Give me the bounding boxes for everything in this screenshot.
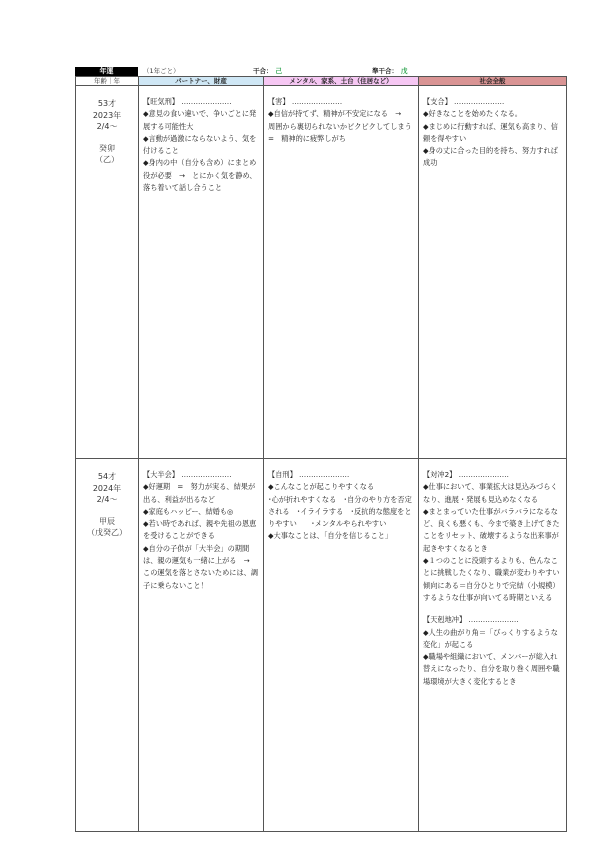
bullet-line: ◆好運期 = 努力が実る、結果が出る、利益が出るなど: [143, 481, 260, 506]
kango-value: 己: [276, 67, 283, 75]
bullet-line: ◆人生の曲がり角＝「びっくりするような変化」が起こる: [423, 627, 563, 652]
column-header-age: 年齢｜年: [76, 77, 139, 86]
bullet-line: ◆好きなことを始めたくなる。: [423, 108, 563, 120]
year: 2024年: [76, 483, 138, 495]
kanshi: 甲辰: [76, 516, 138, 528]
header-bar: 年運 （1年ごと） 干合：己 準干合：戊: [75, 67, 566, 76]
column-header-social: 社会全般: [419, 77, 567, 86]
bullet-line: ◆身内の中（自分も含め）にまとめ役が必要 → とにかく気を静め、落ち着いて話し合…: [143, 157, 260, 194]
year: 2023年: [76, 110, 138, 122]
section-heading: 【支合】 …………………: [423, 96, 563, 108]
jun-kango-label: 準干合：: [372, 67, 398, 75]
social-cell: 【対冲2】 ………………… ◆仕事において、事業拡大は見込みづらくなり、進展・発…: [419, 459, 567, 832]
bullet-line: ◆家庭もハッピー、結婚も◎: [143, 506, 260, 518]
bullet-line: ◆１つのことに没頭するよりも、色んなことに挑戦したくなり、職業が変わりやすい傾向…: [423, 555, 563, 604]
bullet-line: ◆意見の食い違いで、争いごとに発展する可能性大: [143, 108, 260, 133]
bullet-line: ◆仕事において、事業拡大は見込みづらくなり、進展・発展も見込めなくなる: [423, 481, 563, 506]
bullet-line: ◆職場や組織において、メンバーが総入れ替えになったり、自分を取り巻く周囲や職場環…: [423, 651, 563, 688]
bullet-line: ◆自分の子供が「大半会」の期間は、親の運気も一緒に上がる → この運気を落とさな…: [143, 543, 260, 592]
table-row: 54才 2024年 2/4～ 甲辰 （戊癸乙） 【大半会】 ………………… ◆好…: [76, 459, 567, 832]
period-note: （1年ごと）: [143, 67, 180, 76]
start-date: 2/4～: [76, 494, 138, 506]
section-heading: 【対冲2】 …………………: [423, 469, 563, 481]
bullet-line: ◆大事なことは、「自分を信じること」: [268, 530, 415, 542]
bullet-line: ･心が折れやすくなる ･自分のやり方を否定される ･イライラする ･反抗的な態度…: [268, 494, 415, 531]
bullet-line: ◆言動が過激にならないよう、気を付けること: [143, 133, 260, 158]
bullet-line: ◆まとまっていた仕事がバラバラになるなど、良くも悪くも、今まで築き上げてきたこと…: [423, 506, 563, 555]
bullet-line: ◆自信が持てず、精神が不安定になる → 周囲から裏切られないかビクビクしてしまう…: [268, 108, 415, 145]
mental-cell: 【自刑】 ………………… ◆こんなことが起こりやすくなる ･心が折れやすくなる …: [264, 459, 419, 832]
age-cell: 53才 2023年 2/4～ 癸卯 （乙）: [76, 86, 139, 459]
bullet-line: ◆若い時であれば、親や先祖の恩恵を受けることができる: [143, 518, 260, 543]
title-label: 年運: [75, 67, 138, 76]
start-date: 2/4～: [76, 121, 138, 133]
table-row: 53才 2023年 2/4～ 癸卯 （乙） 【旺気刑】 ………………… ◆意見の…: [76, 86, 567, 459]
partner-cell: 【大半会】 ………………… ◆好運期 = 努力が実る、結果が出る、利益が出るなど…: [139, 459, 264, 832]
jun-kango-field: 準干合：戊: [372, 67, 408, 76]
column-header-row: 年齢｜年 パートナー、財産 メンタル、家系、土台（住居など） 社会全般: [76, 77, 567, 86]
section-heading: 【天剋地冲】 …………………: [423, 614, 563, 626]
bullet-line: ◆まじめに行動すれば、運気も高まり、信頼を得やすい: [423, 121, 563, 146]
section-heading: 【自刑】 …………………: [268, 469, 415, 481]
kanshi: 癸卯: [76, 143, 138, 155]
age: 54才: [76, 471, 138, 483]
kango-label: 干合：: [253, 67, 273, 75]
section-heading: 【旺気刑】 …………………: [143, 96, 260, 108]
jun-kango-value: 戊: [401, 67, 408, 75]
section-heading: 【大半会】 …………………: [143, 469, 260, 481]
zokan: （戊癸乙）: [76, 527, 138, 539]
fortune-table: 年齢｜年 パートナー、財産 メンタル、家系、土台（住居など） 社会全般 53才 …: [75, 76, 567, 832]
bullet-line: ◆こんなことが起こりやすくなる: [268, 481, 415, 493]
partner-cell: 【旺気刑】 ………………… ◆意見の食い違いで、争いごとに発展する可能性大 ◆言…: [139, 86, 264, 459]
zokan: （乙）: [76, 154, 138, 166]
age-cell: 54才 2024年 2/4～ 甲辰 （戊癸乙）: [76, 459, 139, 832]
column-header-partner: パートナー、財産: [139, 77, 264, 86]
age: 53才: [76, 98, 138, 110]
kango-field: 干合：己: [253, 67, 282, 76]
column-header-mental: メンタル、家系、土台（住居など）: [264, 77, 419, 86]
bullet-line: ◆身の丈に合った目的を持ち、努力すれば成功: [423, 145, 563, 170]
social-cell: 【支合】 ………………… ◆好きなことを始めたくなる。 ◆まじめに行動すれば、運…: [419, 86, 567, 459]
mental-cell: 【害】 ………………… ◆自信が持てず、精神が不安定になる → 周囲から裏切られ…: [264, 86, 419, 459]
section-heading: 【害】 …………………: [268, 96, 415, 108]
